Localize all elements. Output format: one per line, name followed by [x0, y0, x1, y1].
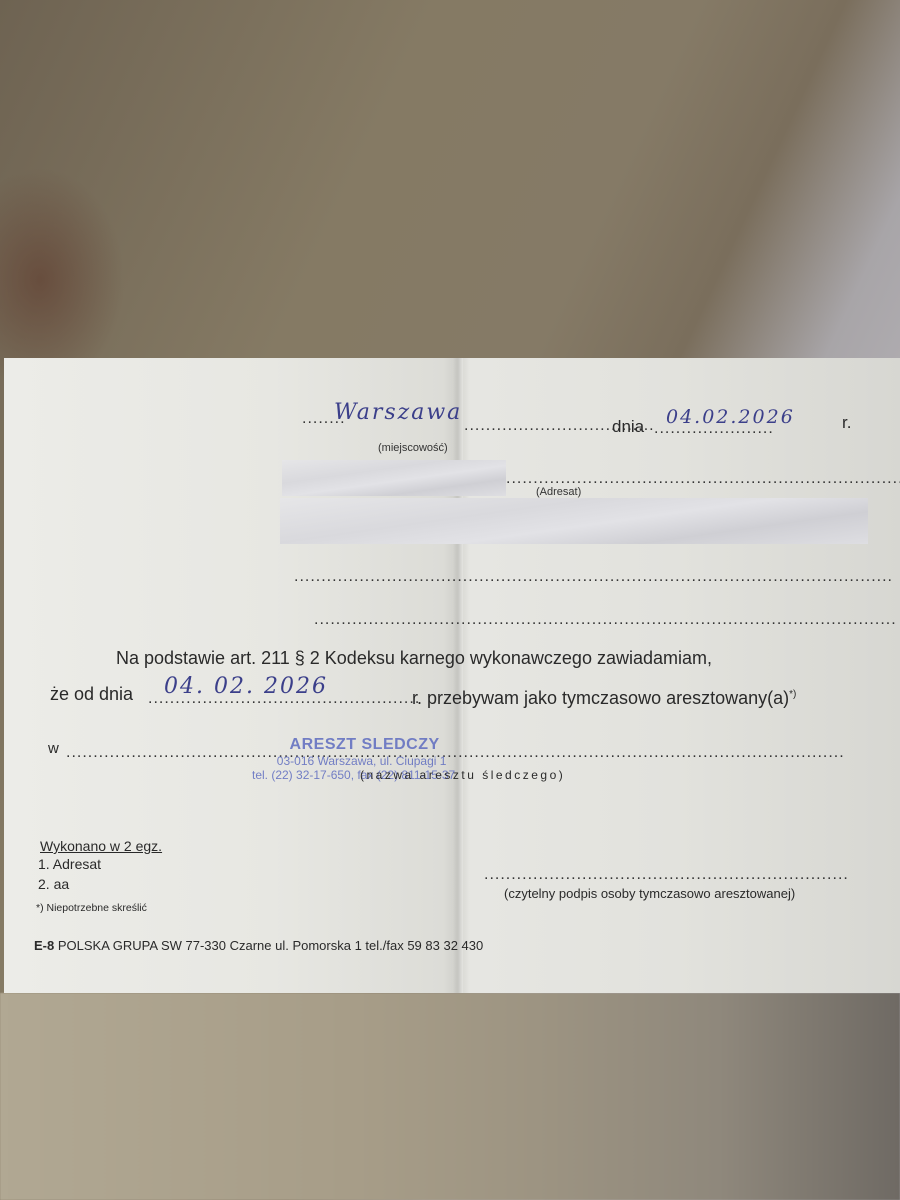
printer-info: POLSKA GRUPA SW 77-330 Czarne ul. Pomors…: [58, 938, 483, 953]
facility-dots: ........................................…: [66, 744, 845, 762]
paper-fold: [453, 358, 463, 993]
printer-line: E-8 POLSKA GRUPA SW 77-330 Czarne ul. Po…: [34, 938, 483, 953]
stamp-title: ARESZT SLEDCZY: [274, 736, 455, 754]
form-document: ........ Warszawa ......................…: [4, 358, 900, 993]
body-line-1: Na podstawie art. 211 § 2 Kodeksu karneg…: [116, 648, 712, 669]
date-label: dnia: [612, 417, 644, 437]
stamp-address: 03-016 Warszawa, ul. Ciupagi 1: [268, 754, 455, 768]
signature-caption: (czytelny podpis osoby tymczasowo areszt…: [504, 886, 795, 901]
date-suffix: r.: [842, 413, 851, 433]
copy-item-2: 2. aa: [38, 876, 69, 892]
detention-status-text: r. przebywam jako tymczasowo aresztowany…: [412, 688, 789, 708]
addressee-line-4: ........................................…: [314, 611, 897, 629]
body-line-2-prefix: że od dnia: [50, 684, 133, 705]
redacted-addressee-name: [282, 460, 506, 496]
form-code: E-8: [34, 938, 54, 953]
copies-heading: Wykonano w 2 egz.: [40, 838, 162, 854]
place-handwritten: Warszawa: [334, 400, 462, 425]
body-line-3-prefix: w: [48, 740, 59, 757]
addressee-line-3: ........................................…: [294, 568, 893, 586]
redacted-addressee-address: [280, 498, 868, 544]
footnote-mark: *): [789, 689, 796, 700]
facility-caption: (nazwa aresztu śledczego): [360, 768, 565, 782]
background-surface: [0, 993, 900, 1200]
footnote: *) Niepotrzebne skreślić: [36, 902, 147, 914]
date-handwritten: 04.02.2026: [666, 406, 795, 428]
addressee-caption: (Adresat): [536, 486, 581, 498]
from-date-handwritten: 04. 02. 2026: [164, 674, 328, 699]
signature-line: ........................................…: [484, 866, 849, 884]
place-caption: (miejscowość): [378, 442, 448, 454]
body-line-2-suffix: r. przebywam jako tymczasowo aresztowany…: [412, 688, 796, 709]
copy-item-1: 1. Adresat: [38, 856, 101, 872]
